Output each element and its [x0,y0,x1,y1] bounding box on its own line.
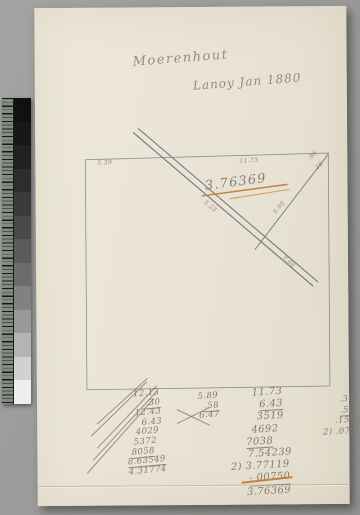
wedge-step [14,98,31,122]
wedge-step [14,192,31,216]
dim-corner-b: .26 [312,160,325,172]
dim-top-left: 5.39 [97,159,112,167]
wedge-step [14,216,31,240]
dim-diag-lower: 7.66 [281,255,297,270]
wedge-step [14,122,31,146]
calibration-target [2,98,31,404]
calc-column-main: 11.73 6.43 3519 4692 7038 7.54239 2) 3.7… [212,385,298,500]
wedge-step [14,145,31,169]
wedge-step [14,333,31,357]
wedge-step [14,263,31,287]
document-paper: Moerenhout Lanoy Jan 1880 5.39 11.73 .96… [34,6,349,506]
wedge-step [14,380,31,404]
wedge-step [14,169,31,193]
grayscale-wedge [14,98,31,404]
calc-column-right: .30 .50 .1500 2) .0750 [300,393,360,439]
dim-corner-line: 5.90 [272,200,287,216]
wedge-step [14,239,31,263]
dim-diag-upper: 5.25 [202,199,218,214]
area-value: 3.76369 [204,171,268,194]
wedge-step [14,286,31,310]
wedge-step [14,357,31,381]
wedge-step [14,310,31,334]
ruler-strip [2,98,14,404]
photo-backdrop: Moerenhout Lanoy Jan 1880 5.39 11.73 .96… [0,0,360,515]
dim-top-right: 11.73 [239,157,258,165]
dim-corner-a: .96 [306,149,319,161]
